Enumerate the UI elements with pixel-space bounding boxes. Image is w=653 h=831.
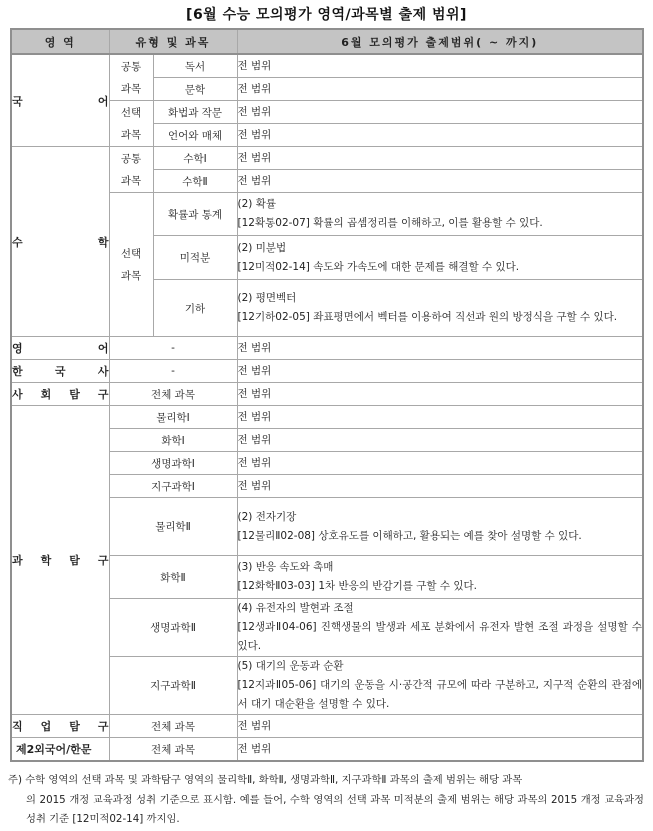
range: (5) 대기의 운동과 순환 [12지과Ⅱ05-06] 대기의 운동을 시·공간… — [237, 657, 643, 715]
range: 전 범위 — [237, 337, 643, 360]
table-row: 수학 공통 과목 수학Ⅰ 전 범위 — [11, 147, 643, 170]
footnote: 주) 수학 영역의 선택 과목 및 과학탐구 영역의 물리학Ⅱ, 화학Ⅱ, 생명… — [8, 771, 644, 830]
range: 전 범위 — [237, 101, 643, 124]
range: (4) 유전자의 발현과 조절 [12생과Ⅱ04-06] 진핵생물의 발생과 세… — [237, 599, 643, 657]
area-char: 직 — [12, 718, 23, 734]
area-char: 사 — [98, 363, 109, 379]
area-math: 수학 — [11, 147, 109, 337]
range-desc: [12확통02-07] 확률의 곱셈정리를 이해하고, 이를 활용할 수 있다. — [238, 214, 642, 233]
range: (2) 전자기장 [12물리Ⅱ02-08] 상호유도를 이해하고, 활용되는 예… — [237, 498, 643, 556]
area-char: 국 — [12, 93, 23, 109]
area-char: 한 — [12, 363, 23, 379]
table-row: 사회탐구 전체 과목 전 범위 — [11, 383, 643, 406]
range: 전 범위 — [237, 54, 643, 78]
subject: 기하 — [153, 280, 237, 337]
table-row: 국어 공통 과목 독서 전 범위 — [11, 54, 643, 78]
range: (3) 반응 속도와 촉매 [12화학Ⅱ03-03] 1차 반응의 반감기를 구… — [237, 556, 643, 599]
subject: 생명과학Ⅰ — [109, 452, 237, 475]
range: 전 범위 — [237, 715, 643, 738]
range: 전 범위 — [237, 124, 643, 147]
area-vocational: 직업탐구 — [11, 715, 109, 738]
subject: 물리학Ⅰ — [109, 406, 237, 429]
range: 전 범위 — [237, 147, 643, 170]
footnote-rest: 의 2015 개정 교육과정 성취 기준으로 표시함. 예를 들어, 수학 영역… — [8, 791, 644, 830]
area-char: 국 — [55, 363, 66, 379]
type-elective: 선택 과목 — [109, 101, 153, 147]
range: 전 범위 — [237, 452, 643, 475]
subject: 생명과학Ⅱ — [109, 599, 237, 657]
table-row: 영어 - 전 범위 — [11, 337, 643, 360]
subject: 언어와 매체 — [153, 124, 237, 147]
subject: 수학Ⅱ — [153, 170, 237, 193]
area-char: 어 — [98, 93, 109, 109]
range: 전 범위 — [237, 170, 643, 193]
header-type: 유형 및 과목 — [109, 29, 237, 54]
exam-range-table: 영 역 유형 및 과목 6월 모의평가 출제범위( ~ 까지) 국어 공통 과목… — [10, 28, 644, 762]
range-unit: (4) 유전자의 발현과 조절 — [238, 599, 642, 618]
range: 전 범위 — [237, 78, 643, 101]
range: 전 범위 — [237, 360, 643, 383]
range-desc: [12지과Ⅱ05-06] 대기의 운동을 시·공간적 규모에 따라 구분하고, … — [238, 676, 642, 714]
range: (2) 평면벡터 [12기하02-05] 좌표평면에서 벡터를 이용하여 직선과… — [237, 280, 643, 337]
subject: 화법과 작문 — [153, 101, 237, 124]
area-korean: 국어 — [11, 54, 109, 147]
range: 전 범위 — [237, 429, 643, 452]
range-desc: [12기하02-05] 좌표평면에서 벡터를 이용하여 직선과 원의 방정식을 … — [238, 308, 642, 327]
type: 전체 과목 — [109, 738, 237, 762]
area-char: 사 — [12, 386, 23, 402]
header-range: 6월 모의평가 출제범위( ~ 까지) — [237, 29, 643, 54]
area-char: 학 — [98, 234, 109, 250]
area-korean-history: 한국사 — [11, 360, 109, 383]
range-desc: [12물리Ⅱ02-08] 상호유도를 이해하고, 활용되는 예를 찾아 설명할 … — [238, 527, 642, 546]
area-char: 수 — [12, 234, 23, 250]
page-title: [6월 수능 모의평가 영역/과목별 출제 범위] — [0, 4, 653, 24]
subject: 지구과학Ⅰ — [109, 475, 237, 498]
type-elective: 선택 과목 — [109, 193, 153, 337]
table-row: 직업탐구 전체 과목 전 범위 — [11, 715, 643, 738]
range-unit: (5) 대기의 운동과 순환 — [238, 657, 642, 676]
range-desc: [12생과Ⅱ04-06] 진핵생물의 발생과 세포 분화에서 유전자 발현 조절… — [238, 618, 642, 656]
type: - — [109, 337, 237, 360]
range-unit: (2) 확률 — [238, 195, 642, 214]
area-char: 구 — [98, 386, 109, 402]
table-row: 과학탐구 물리학Ⅰ 전 범위 — [11, 406, 643, 429]
area-char: 업 — [41, 718, 52, 734]
area-science: 과학탐구 — [11, 406, 109, 715]
range-unit: (2) 미분법 — [238, 239, 642, 258]
area-char: 어 — [98, 340, 109, 356]
range-desc: [12화학Ⅱ03-03] 1차 반응의 반감기를 구할 수 있다. — [238, 577, 642, 596]
range-desc: [12미적02-14] 속도와 가속도에 대한 문제를 해결할 수 있다. — [238, 258, 642, 277]
type-common: 공통 과목 — [109, 54, 153, 101]
subject: 수학Ⅰ — [153, 147, 237, 170]
range-unit: (3) 반응 속도와 촉매 — [238, 558, 642, 577]
footnote-line1: 주) 수학 영역의 선택 과목 및 과학탐구 영역의 물리학Ⅱ, 화학Ⅱ, 생명… — [8, 771, 644, 791]
area-char: 과 — [12, 552, 23, 568]
subject: 화학Ⅱ — [109, 556, 237, 599]
subject: 미적분 — [153, 236, 237, 280]
table-header-row: 영 역 유형 및 과목 6월 모의평가 출제범위( ~ 까지) — [11, 29, 643, 54]
subject: 물리학Ⅱ — [109, 498, 237, 556]
type: - — [109, 360, 237, 383]
area-char: 구 — [98, 718, 109, 734]
area-char: 학 — [41, 552, 52, 568]
header-area: 영 역 — [11, 29, 109, 54]
type: 전체 과목 — [109, 715, 237, 738]
area-char: 구 — [98, 552, 109, 568]
area-second-language: 제2외국어/한문 — [11, 738, 109, 762]
area-char: 영 — [12, 340, 23, 356]
type-common: 공통 과목 — [109, 147, 153, 193]
subject: 지구과학Ⅱ — [109, 657, 237, 715]
area-char: 탐 — [69, 552, 80, 568]
area-social: 사회탐구 — [11, 383, 109, 406]
type: 전체 과목 — [109, 383, 237, 406]
subject: 확률과 통계 — [153, 193, 237, 236]
area-char: 탐 — [69, 718, 80, 734]
range: 전 범위 — [237, 475, 643, 498]
area-english: 영어 — [11, 337, 109, 360]
range: 전 범위 — [237, 738, 643, 762]
range: 전 범위 — [237, 383, 643, 406]
subject: 독서 — [153, 54, 237, 78]
area-char: 탐 — [69, 386, 80, 402]
range: 전 범위 — [237, 406, 643, 429]
table-row: 한국사 - 전 범위 — [11, 360, 643, 383]
range: (2) 확률 [12확통02-07] 확률의 곱셈정리를 이해하고, 이를 활용… — [237, 193, 643, 236]
area-char: 회 — [41, 386, 52, 402]
range-unit: (2) 전자기장 — [238, 508, 642, 527]
subject: 문학 — [153, 78, 237, 101]
range-unit: (2) 평면벡터 — [238, 289, 642, 308]
subject: 화학Ⅰ — [109, 429, 237, 452]
table-row: 제2외국어/한문 전체 과목 전 범위 — [11, 738, 643, 762]
range: (2) 미분법 [12미적02-14] 속도와 가속도에 대한 문제를 해결할 … — [237, 236, 643, 280]
